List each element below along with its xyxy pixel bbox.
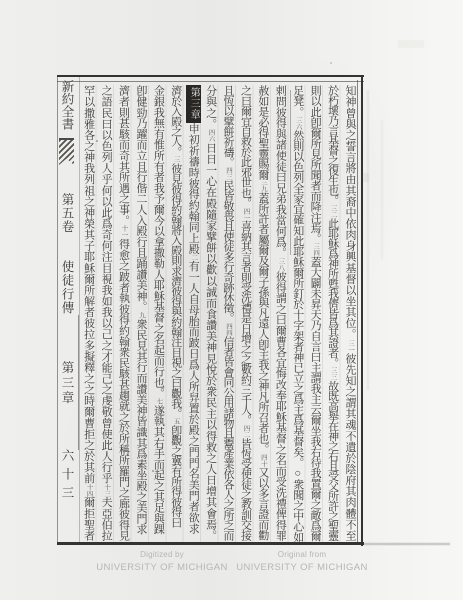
- text-column-8: 且恆以擘餅祈禱。四三民皆敬畏且使徒多行奇跡休徵。四四信者皆會同公用諸物且鬻產業依…: [219, 85, 236, 542]
- watermark-original-university: UNIVERSITY OF MICHIGAN: [222, 562, 382, 573]
- verse-number-annotation: 三四: [312, 243, 319, 256]
- margin-book-title: 新約全書: [58, 80, 76, 130]
- verse-number-annotation: 十一: [121, 225, 128, 238]
- fishtail-ornament: [59, 138, 74, 165]
- watermark-digitized-university: UNIVERSITY OF MICHIGAN: [82, 562, 242, 573]
- chapter-heading-box: 第三章: [186, 85, 201, 123]
- frame-top-thick: [57, 75, 364, 77]
- ink-speck: [330, 62, 332, 64]
- scripture-text-block: 知神曾與之誓言將由其裔中依肉身興基督以坐其位。三一彼先知之謂其魂不遺於陰府其肉體…: [79, 85, 358, 542]
- verse-number-annotation: 九: [138, 312, 145, 319]
- frame-top-thin: [57, 81, 364, 82]
- watermark-digitized: Digitized by UNIVERSITY OF MICHIGAN: [82, 550, 242, 573]
- verse-number-annotation: 七: [155, 398, 162, 405]
- verse-number-annotation: 四一: [242, 208, 249, 221]
- text-column-14: 濟者則甚駭而奇其所遇之事。十一得愈之跛者執彼得約翰衆民駭甚趨就之於所稱所羅門之廊…: [114, 85, 131, 542]
- text-column-5: 剌問彼得與諸使徒曰兄弟我當何爲。三八彼得謂之曰爾曹各宜悔改奉耶穌基督之名而受洗禮…: [271, 85, 288, 542]
- verse-number-annotation: 四四: [225, 323, 232, 336]
- frame-bottom-smudge: [364, 543, 450, 545]
- verse-number-annotation: 十四: [86, 484, 93, 497]
- verse-number-annotation: 五: [173, 418, 180, 425]
- text-column-4: 足凳。三六然則以色列全家宜確知此耶穌爾所釘於十字架者神已立之爲主爲基督矣。○衆聞…: [288, 85, 305, 542]
- bleedthrough-trace: [367, 90, 369, 390]
- watermark-original: Original from UNIVERSITY OF MICHIGAN: [222, 550, 382, 573]
- watermark-original-label: Original from: [222, 550, 382, 559]
- bleedthrough-trace: [398, 40, 424, 48]
- text-column-1: 知神曾與之誓言將由其裔中依肉身興基督以坐其位。三一彼先知之謂其魂不遺於陰府其肉體…: [341, 85, 358, 542]
- text-column-10: 第三章申初祈禱時彼得約翰同上殿二有一人自母胎而跛日爲人所舁置於殿之門門名美門者欲…: [184, 85, 201, 542]
- margin-page-number: 六十三: [58, 448, 76, 506]
- verse-number-annotation: 四三: [225, 167, 232, 180]
- watermark-digitized-label: Digitized by: [82, 550, 242, 559]
- bleedthrough-trace: [381, 120, 383, 260]
- ink-speck: [246, 332, 248, 334]
- text-column-12: 金銀我無有惟所有者我予爾今以拿撒勒人耶穌基督之名起而行也。七遂執其右手而起之其足…: [149, 85, 166, 542]
- bleedthrough-trace: [362, 173, 369, 182]
- margin-book-name: 使徒行傳: [58, 258, 76, 316]
- text-column-7: 之曰爾宜自救於此邪世也。四一喜納其言者則受洗禮是日增之之數約三千人。四二皆恆受使…: [236, 85, 253, 542]
- ink-speck: [96, 140, 98, 142]
- text-column-11: 濟於入殿之人。三彼見彼得約翰將入殿則求濟彼得與約翰注目視之曰觀我。五卽觀之冀有所…: [166, 85, 183, 542]
- margin-volume: 第五卷: [58, 192, 76, 234]
- text-column-9: 分與之。四六日日一心在殿隨家擘餅以歡以誠而食讚美神見悅於衆民主以得救之人日增其會…: [201, 85, 218, 542]
- verse-number-annotation: 四十: [260, 454, 267, 467]
- frame-right-thick: [361, 75, 363, 546]
- text-column-15: 之語民曰以色列人乎何以此爲奇何注目視我如我以己之才能己之虔敬曾使此人行乎十三夫亞…: [97, 85, 114, 542]
- verse-number-annotation: 三: [173, 156, 180, 163]
- frame-bottom-thick: [57, 542, 364, 545]
- verse-number-annotation: 十三: [103, 484, 110, 497]
- text-column-13: 卽健勁乃躍而立且行偕二人入殿行且踊讚美神。九衆民見其行而讚美神皆識其爲素坐殿之美…: [132, 85, 149, 542]
- verse-number-annotation: 三一: [347, 340, 354, 353]
- ink-speck: [152, 470, 154, 472]
- verse-number-annotation: 三三: [330, 367, 337, 380]
- margin-chapter: 第三章: [58, 360, 76, 407]
- text-column-16: 罕以撒雅各之神我列祖之神榮其子耶穌爾所解者彼拉多擬釋之之時爾曹拒之於其前十四爾拒…: [79, 85, 96, 542]
- verse-number-annotation: 三六: [295, 117, 302, 130]
- book-page-scan: 知神曾與之誓言將由其裔中依肉身興基督以坐其位。三一彼先知之謂其魂不遺於陰府其肉體…: [0, 0, 463, 600]
- verse-number-annotation: 三八: [277, 258, 284, 271]
- verse-number-annotation: 三二: [330, 205, 337, 218]
- text-column-3: 則以此卽爾所見所聞者而降注焉。三四蓋大闢未昇天乃自言曰主謂我主云爾坐我右待我置爾…: [306, 85, 323, 542]
- verse-number-annotation: 二: [190, 254, 197, 261]
- text-column-6: 赦如是必得聖靈賜爾三九蓋所許者屬爾及爾子孫與凡遠人卽主我之神凡所召者也。四十又以…: [253, 85, 270, 542]
- text-column-2: 於朽壞乃言基督之復生也。三二此耶穌爲神所甦我儕皆爲其證者。三三故既高舉在神之右且…: [323, 85, 340, 542]
- verse-number-annotation: 三九: [260, 179, 267, 192]
- verse-number-annotation: 四二: [242, 425, 249, 438]
- verse-number-annotation: 四六: [208, 129, 215, 142]
